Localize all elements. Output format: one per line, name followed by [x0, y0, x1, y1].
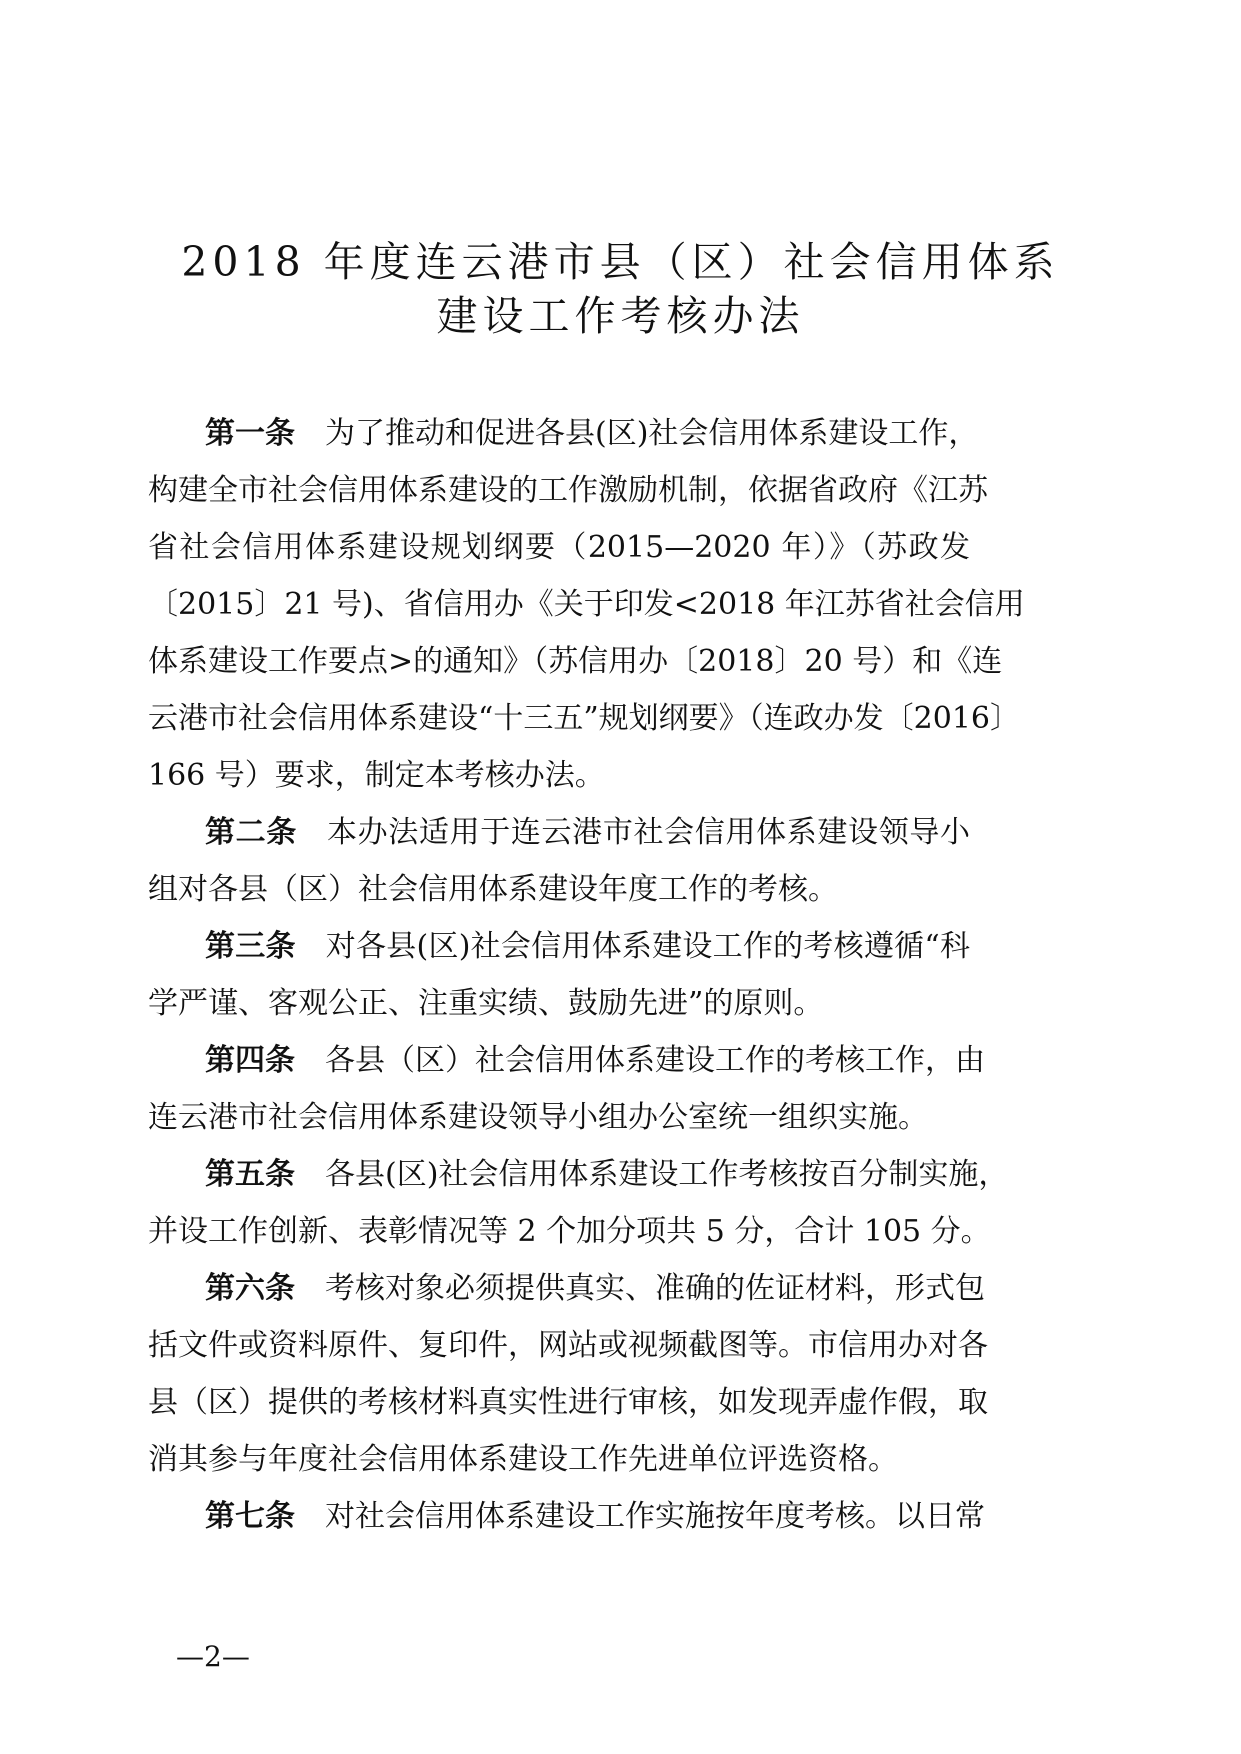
article-label: 第四条 — [205, 1043, 295, 1078]
article-label: 第六条 — [205, 1271, 295, 1306]
article-4-line-1: 第四条各县（区）社会信用体系建设工作的考核工作，由 — [148, 1032, 970, 1089]
article-label: 第五条 — [205, 1157, 295, 1192]
article-1-line-2: 构建全市社会信用体系建设的工作激励机制，依据省政府《江苏 — [148, 462, 970, 519]
article-3-line-2: 学严谨、客观公正、注重实绩、鼓励先进”的原则。 — [148, 975, 970, 1032]
article-3-line-1: 第三条对各县(区)社会信用体系建设工作的考核遵循“科 — [148, 918, 970, 975]
article-1-line-5: 体系建设工作要点>的通知》（苏信用办〔2018〕20 号）和《连 — [148, 633, 970, 690]
article-1-line-6: 云港市社会信用体系建设“十三五”规划纲要》（连政办发〔2016〕 — [148, 690, 970, 747]
article-1-line-4: 〔2015〕21 号)、省信用办《关于印发<2018 年江苏省社会信用 — [148, 576, 970, 633]
article-1-line-1: 第一条为了推动和促进各县(区)社会信用体系建设工作， — [148, 405, 970, 462]
document-title-line-1: 2018 年度连云港市县（区）社会信用体系 — [0, 232, 1241, 292]
article-6-line-4: 消其参与年度社会信用体系建设工作先进单位评选资格。 — [148, 1431, 970, 1488]
article-label: 第二条 — [205, 815, 297, 850]
article-5-line-1: 第五条各县(区)社会信用体系建设工作考核按百分制实施， — [148, 1146, 970, 1203]
document-title-line-2: 建设工作考核办法 — [0, 286, 1241, 346]
article-4-line-2: 连云港市社会信用体系建设领导小组办公室统一组织实施。 — [148, 1089, 970, 1146]
article-1-line-7: 166 号）要求，制定本考核办法。 — [148, 747, 970, 804]
article-label: 第一条 — [205, 416, 295, 451]
article-6-line-1: 第六条考核对象必须提供真实、准确的佐证材料，形式包 — [148, 1260, 970, 1317]
article-1-line-3: 省社会信用体系建设规划纲要（2015—2020 年）》（苏政发 — [148, 519, 970, 576]
article-6-line-3: 县（区）提供的考核材料真实性进行审核，如发现弄虚作假，取 — [148, 1374, 970, 1431]
article-2-line-2: 组对各县（区）社会信用体系建设年度工作的考核。 — [148, 861, 970, 918]
document-body: 第一条为了推动和促进各县(区)社会信用体系建设工作， 构建全市社会信用体系建设的… — [148, 405, 970, 1545]
page-number: —2— — [176, 1640, 250, 1673]
article-label: 第三条 — [205, 929, 296, 964]
article-6-line-2: 括文件或资料原件、复印件，网站或视频截图等。市信用办对各 — [148, 1317, 970, 1374]
article-7-line-1: 第七条对社会信用体系建设工作实施按年度考核。以日常 — [148, 1488, 970, 1545]
article-5-line-2: 并设工作创新、表彰情况等 2 个加分项共 5 分，合计 105 分。 — [148, 1203, 970, 1260]
article-label: 第七条 — [205, 1499, 295, 1534]
article-2-line-1: 第二条本办法适用于连云港市社会信用体系建设领导小 — [148, 804, 970, 861]
